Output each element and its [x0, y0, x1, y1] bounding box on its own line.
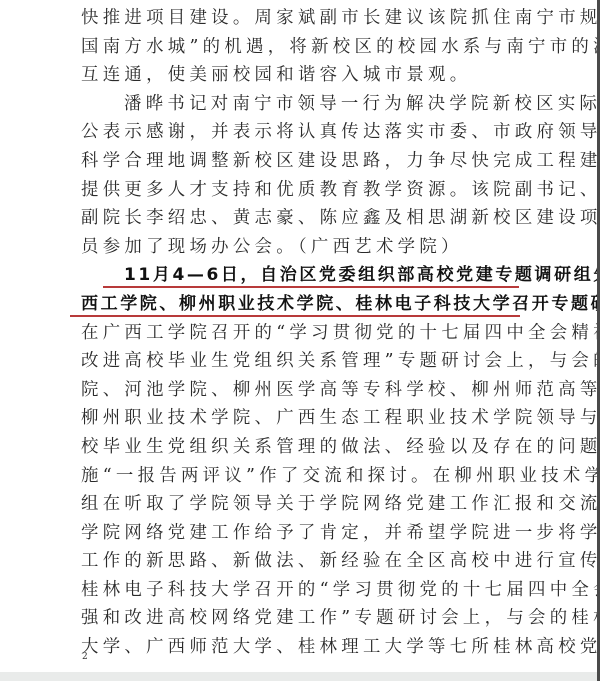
text-line: 提供更多人才支持和优质教育教学资源。该院副书记、副院长 思，: [81, 176, 521, 205]
text-line: 施“一报告两评议”作了交流和探讨。在柳州职业技术学院，调研: [81, 462, 521, 491]
red-underline-1: [103, 286, 519, 288]
text-line: 副院长李绍忠、黄志豪、陈应鑫及相思湖新校区建设项目办全体成: [81, 204, 521, 233]
document-page: 快推进项目建设。周家斌副市长建议该院抓住南宁市规划建设“中 国南方水城”的机遇，…: [0, 0, 597, 672]
text-line: 潘晔书记对南宁市领导一行为解决学院新校区实际问题现场办: [81, 90, 521, 119]
text-line: 改进高校毕业生党组织关系管理”专题研讨会上，与会的广西工学: [81, 347, 521, 376]
text-line: 科学合理地调整新校区建设思路，力争尽快完成工程建设，为社会: [81, 147, 521, 176]
text-line: 快推进项目建设。周家斌副市长建议该院抓住南宁市规划建设“中: [81, 4, 521, 33]
text-line: 桂林电子科技大学召开的“学习贯彻党的十七届四中全会精神，加: [81, 576, 521, 605]
page-number: 2: [82, 652, 88, 662]
text-line: 国南方水城”的机遇，将新校区的校园水系与南宁市的江北水系相: [81, 33, 521, 62]
text-line: 强和改进高校网络党建工作”专题研讨会上，与会的桂林电子科技: [81, 604, 521, 633]
text-line: 在广西工学院召开的“学习贯彻党的十七届四中全会精神，加强和: [81, 319, 521, 348]
text-line: 公表示感谢，并表示将认真传达落实市委、市政府领导指示精神，: [81, 118, 521, 147]
text-line: 校毕业生党组织关系管理的做法、经验以及存在的问题及在高校实: [81, 433, 521, 462]
text-line: 互连通，使美丽校园和谐容入城市景观。: [81, 61, 521, 90]
text-line: 学院网络党建工作给予了肯定，并希望学院进一步将学院网络党建: [81, 519, 521, 548]
paragraph-2: 潘晔书记对南宁市领导一行为解决学院新校区实际问题现场办 公表示感谢，并表示将认真…: [81, 90, 521, 262]
page-bottom-margin: [0, 672, 597, 681]
text-line: 柳州职业技术学院、广西生态工程职业技术学院领导与调研组就各: [81, 404, 521, 433]
paragraph-4: 在广西工学院召开的“学习贯彻党的十七届四中全会精神，加强和 改进高校毕业生党组织…: [81, 319, 521, 662]
text-line: 大学、广西师范大学、桂林理工大学等七所桂林高校党建工作代表: [81, 633, 521, 662]
text-line: 组在听取了学院领导关于学院网络党建工作汇报和交流探讨后，对: [81, 490, 521, 519]
red-underline-2: [70, 315, 520, 317]
text-line: 工作的新思路、新做法、新经验在全区高校中进行宣传、推广。在: [81, 547, 521, 576]
paragraph-1: 快推进项目建设。周家斌副市长建议该院抓住南宁市规划建设“中 国南方水城”的机遇，…: [81, 4, 521, 90]
text-line: 院、河池学院、柳州医学高等专科学校、柳州师范高等专科学校、: [81, 376, 521, 405]
news-headline: 11月4—6日，自治区党委组织部高校党建专题调研组先后在广 西工学院、柳州职业技…: [81, 261, 521, 318]
text-line: 员参加了现场办公会。（广西艺术学院）: [81, 233, 521, 262]
document-body: 快推进项目建设。周家斌副市长建议该院抓住南宁市规划建设“中 国南方水城”的机遇，…: [81, 4, 521, 662]
